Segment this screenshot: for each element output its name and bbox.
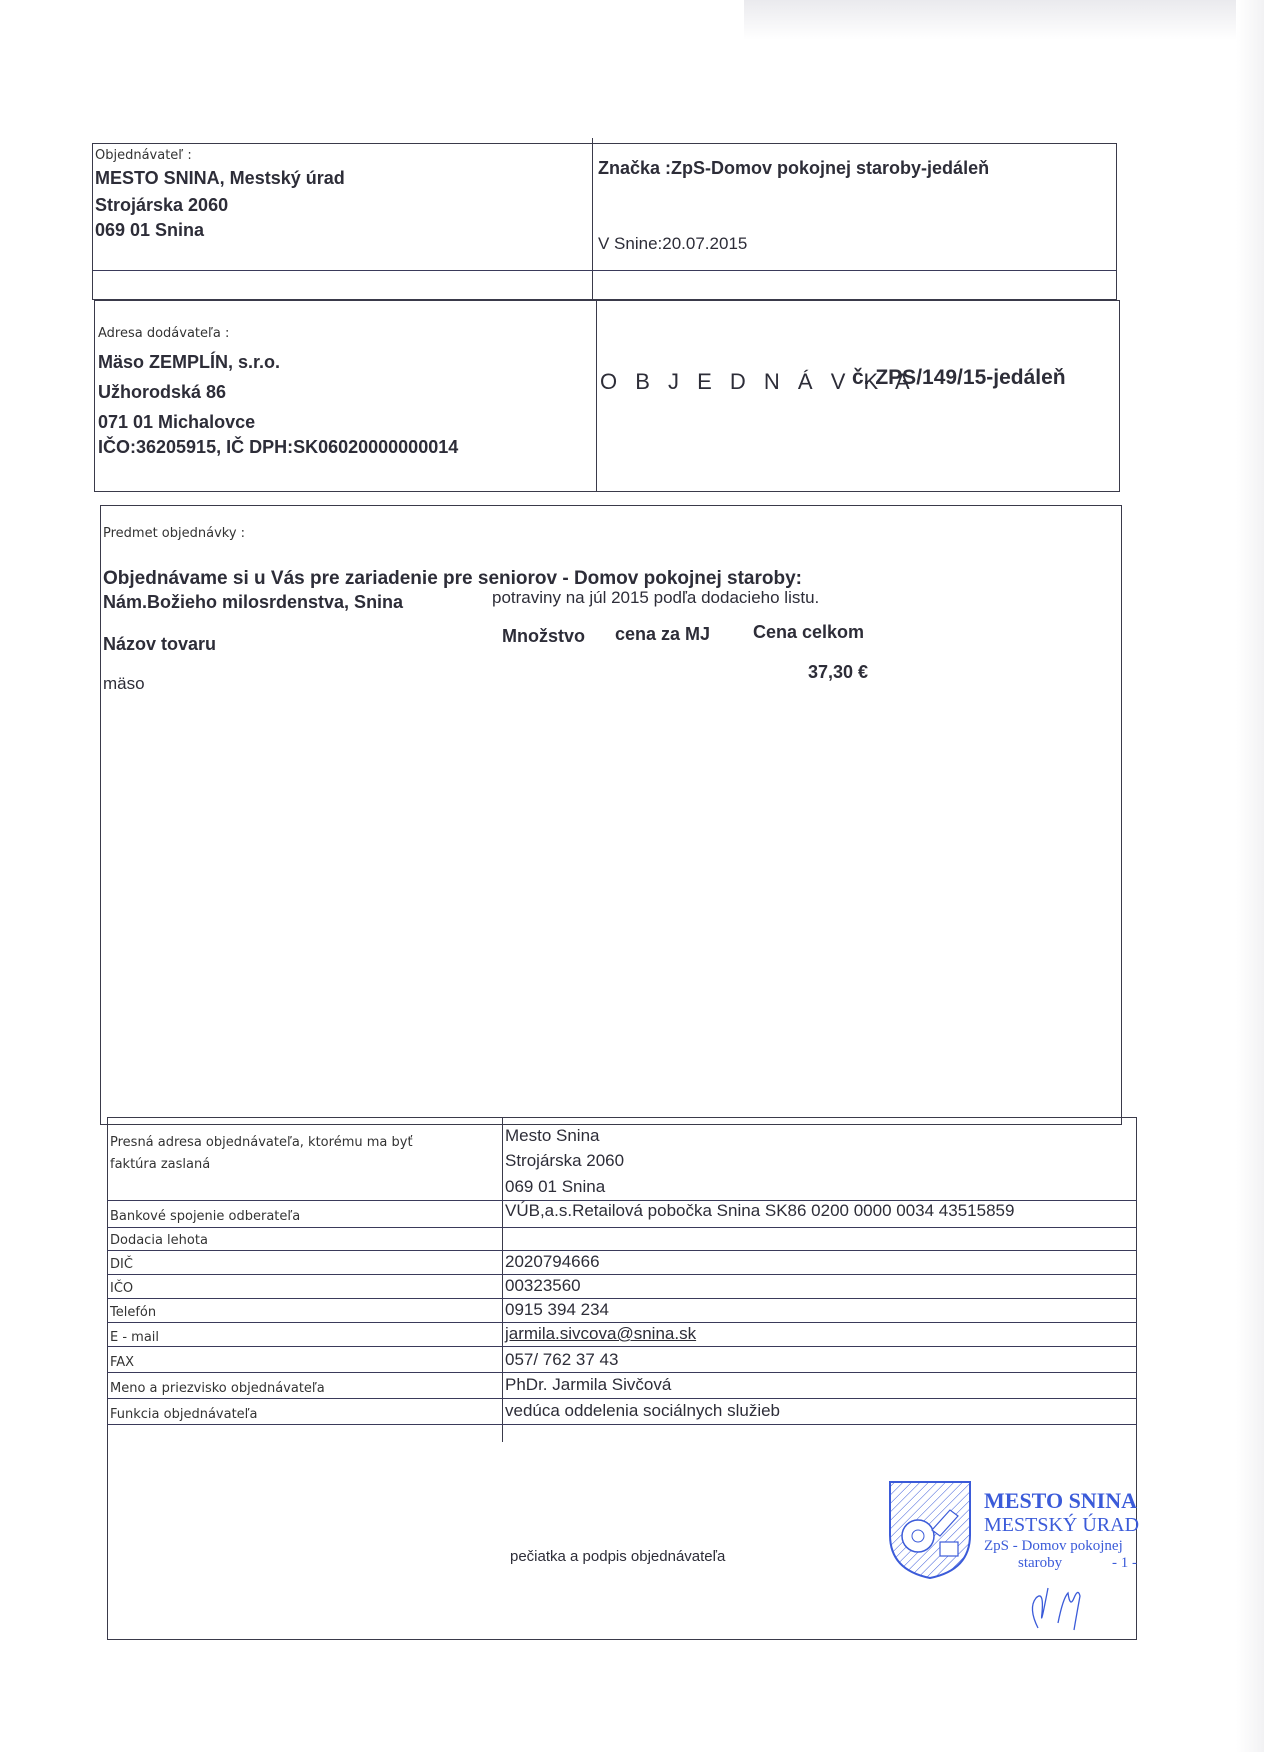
function-value: vedúca oddelenia sociálnych služieb	[505, 1401, 780, 1421]
supplier-box	[94, 300, 1120, 492]
supplier-street: Užhorodská 86	[98, 382, 226, 403]
invoice-address-line3: 069 01 Snina	[505, 1177, 605, 1197]
supplier-divider	[596, 300, 597, 492]
stamp-line3: ZpS - Domov pokojnej	[984, 1538, 1123, 1555]
phone-value: 0915 394 234	[505, 1300, 609, 1320]
strip-line	[92, 270, 1117, 271]
invoice-address-line2: Strojárska 2060	[505, 1151, 624, 1171]
scan-shadow	[744, 0, 1264, 40]
stamp-line1: MESTO SNINA	[984, 1488, 1137, 1514]
dic-value: 2020794666	[505, 1252, 600, 1272]
col-name: Názov tovaru	[103, 634, 216, 655]
email-link[interactable]: jarmila.sivcova@snina.sk	[505, 1324, 696, 1344]
mark: Značka :ZpS-Domov pokojnej staroby-jedál…	[598, 158, 989, 179]
signature-scribble	[1008, 1568, 1118, 1638]
row-line	[107, 1227, 1137, 1228]
fax-value: 057/ 762 37 43	[505, 1350, 618, 1370]
subject-address: Nám.Božieho milosrdenstva, Snina	[103, 592, 403, 613]
row-label-function: Funkcia objednávateľa	[110, 1407, 258, 1422]
col-unit-price: cena za MJ	[615, 624, 710, 645]
supplier-name: Mäso ZEMPLÍN, s.r.o.	[98, 352, 280, 373]
official-stamp: MESTO SNINA MESTSKÝ ÚRAD ZpS - Domov pok…	[888, 1480, 1148, 1640]
subject-label: Predmet objednávky :	[103, 526, 245, 541]
orderer-divider	[592, 138, 593, 300]
row-label-ico: IČO	[110, 1281, 133, 1296]
item-name: mäso	[103, 674, 145, 694]
stamp-line2: MESTSKÝ ÚRAD	[984, 1514, 1139, 1537]
row-line	[107, 1250, 1137, 1251]
left-edge-strip	[92, 270, 93, 300]
row-label-phone: Telefón	[110, 1305, 156, 1320]
row-label-email: E - mail	[110, 1330, 159, 1345]
invoice-address-line1: Mesto Snina	[505, 1126, 600, 1146]
row-line	[107, 1274, 1137, 1275]
supplier-label: Adresa dodávateľa :	[98, 326, 229, 341]
order-number: č. ZPS/149/15-jedáleň	[852, 366, 1066, 390]
supplier-ids: IČO:36205915, IČ DPH:SK06020000000014	[98, 437, 458, 458]
item-total: 37,30 €	[808, 662, 868, 683]
row-line	[107, 1372, 1137, 1373]
right-edge-strip	[1116, 270, 1117, 300]
details-divider	[502, 1117, 503, 1442]
row-label-fax: FAX	[110, 1355, 134, 1370]
orderer-label: Objednávateľ :	[95, 148, 192, 163]
row-line	[107, 1346, 1137, 1347]
supplier-city: 071 01 Michalovce	[98, 412, 255, 433]
row-line	[107, 1398, 1137, 1399]
place-date: V Snine:20.07.2015	[598, 234, 747, 254]
orderer-name: MESTO SNINA, Mestský úrad	[95, 168, 345, 189]
orderer-city: 069 01 Snina	[95, 220, 204, 241]
row-line	[107, 1424, 1137, 1425]
ico-value: 00323560	[505, 1276, 581, 1296]
orderer-street: Strojárska 2060	[95, 195, 228, 216]
subject-note: potraviny na júl 2015 podľa dodacieho li…	[492, 588, 819, 608]
col-total: Cena celkom	[753, 622, 864, 643]
row-label-invoice-address-2: faktúra zaslaná	[110, 1157, 210, 1172]
row-label-bank: Bankové spojenie odberateľa	[110, 1209, 300, 1224]
subject-line1: Objednávame si u Vás pre zariadenie pre …	[103, 568, 802, 590]
row-label-invoice-address: Presná adresa objednávateľa, ktorému ma …	[110, 1135, 413, 1150]
row-label-name: Meno a priezvisko objednávateľa	[110, 1381, 325, 1396]
row-line	[107, 1298, 1137, 1299]
bank-value: VÚB,a.s.Retailová pobočka Snina SK86 020…	[505, 1201, 1014, 1221]
scan-edge	[1236, 0, 1264, 1752]
coat-of-arms-icon	[888, 1480, 972, 1580]
row-line	[107, 1322, 1137, 1323]
row-label-dic: DIČ	[110, 1257, 133, 1272]
row-label-delivery: Dodacia lehota	[110, 1233, 208, 1248]
col-quantity: Množstvo	[502, 626, 585, 647]
name-value: PhDr. Jarmila Sivčová	[505, 1375, 671, 1395]
signature-caption: pečiatka a podpis objednávateľa	[510, 1548, 725, 1565]
